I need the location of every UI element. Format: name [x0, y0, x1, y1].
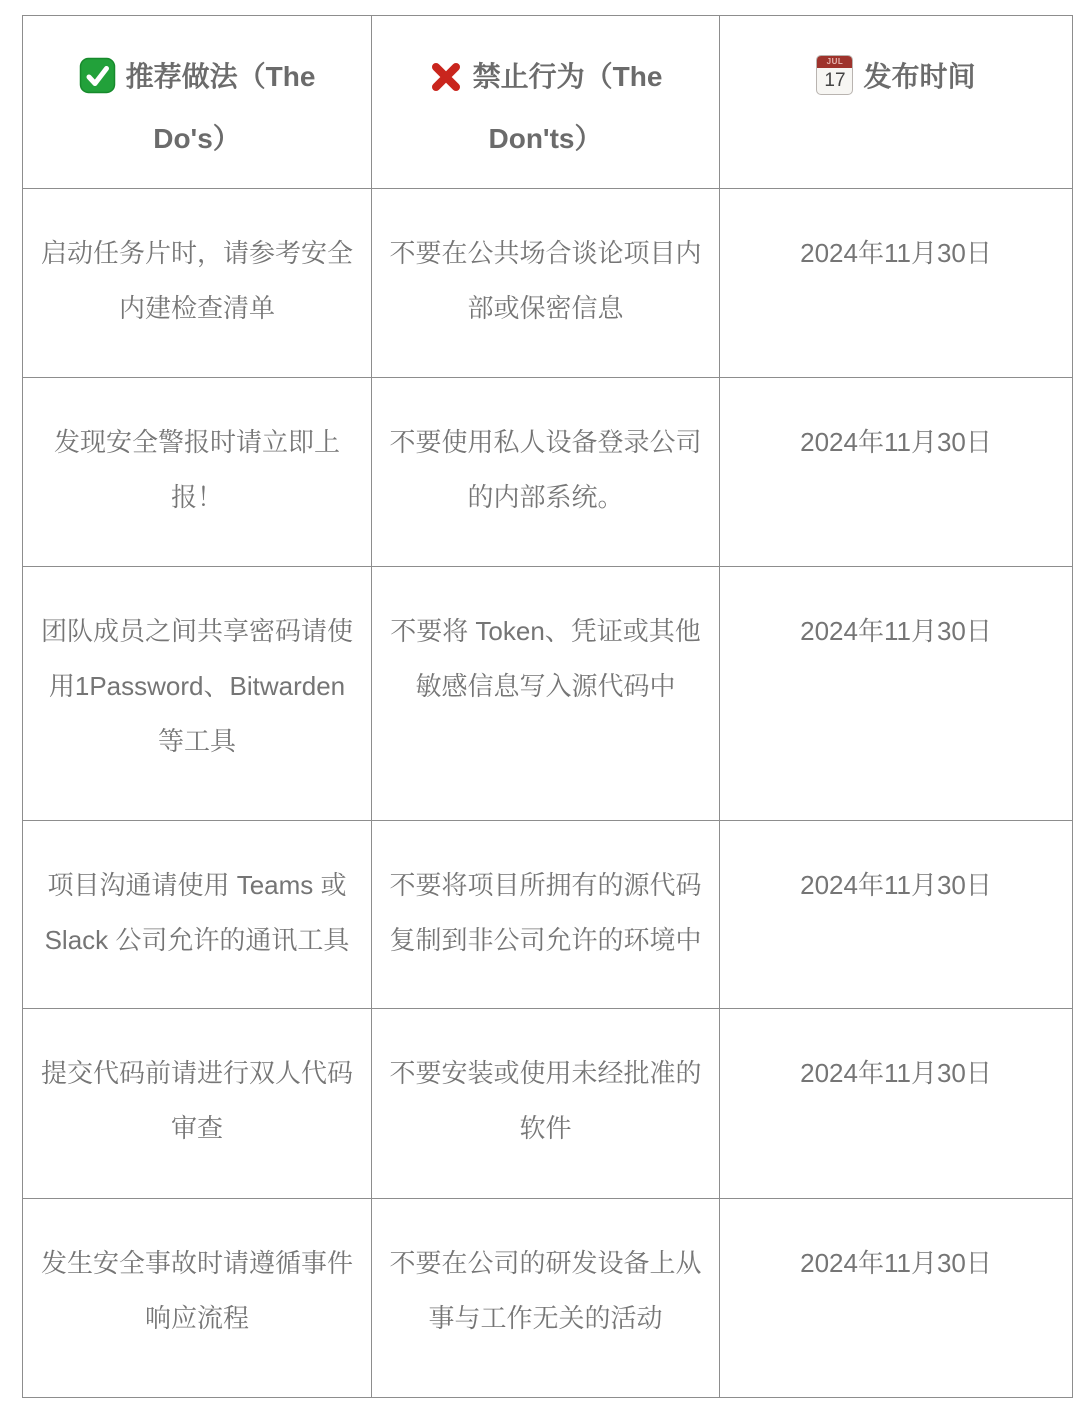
cell-date: 2024年11月30日 [720, 567, 1073, 821]
cell-do: 发现安全警报时请立即上报！ [23, 378, 372, 567]
do-text: 发生安全事故时请遵循事件响应流程 [41, 1248, 353, 1333]
calendar-month-label: JUL [817, 56, 852, 68]
header-cell-date: JUL17发布时间 [720, 16, 1073, 189]
cell-dont: 不要安装或使用未经批准的软件 [372, 1009, 720, 1199]
do-text: 启动任务片时，请参考安全内建检查清单 [41, 238, 353, 323]
dont-text: 不要将项目所拥有的源代码复制到非公司允许的环境中 [389, 870, 701, 955]
date-text: 2024年11月30日 [800, 870, 992, 900]
dont-text: 不要将 Token、凭证或其他敏感信息写入源代码中 [390, 616, 701, 701]
do-text: 项目沟通请使用 Teams 或 Slack 公司允许的通讯工具 [45, 870, 350, 955]
cell-do: 项目沟通请使用 Teams 或 Slack 公司允许的通讯工具 [23, 821, 372, 1009]
do-text: 团队成员之间共享密码请使用1Password、Bitwarden 等工具 [41, 616, 353, 756]
cell-dont: 不要使用私人设备登录公司的内部系统。 [372, 378, 720, 567]
table-row: 团队成员之间共享密码请使用1Password、Bitwarden 等工具 不要将… [23, 567, 1073, 821]
cross-mark-icon [429, 58, 463, 112]
dont-text: 不要在公司的研发设备上从事与工作无关的活动 [389, 1248, 701, 1333]
do-text: 发现安全警报时请立即上报！ [54, 427, 340, 512]
cell-do: 提交代码前请进行双人代码审查 [23, 1009, 372, 1199]
check-mark-button-icon [79, 57, 116, 112]
cell-dont: 不要将 Token、凭证或其他敏感信息写入源代码中 [372, 567, 720, 821]
cell-dont: 不要在公共场合谈论项目内部或保密信息 [372, 189, 720, 378]
cell-date: 2024年11月30日 [720, 821, 1073, 1009]
cell-do: 启动任务片时，请参考安全内建检查清单 [23, 189, 372, 378]
table-row: 发生安全事故时请遵循事件响应流程 不要在公司的研发设备上从事与工作无关的活动 2… [23, 1199, 1073, 1398]
header-date-label: 发布时间 [863, 61, 975, 92]
dont-text: 不要安装或使用未经批准的软件 [389, 1058, 701, 1143]
cell-date: 2024年11月30日 [720, 378, 1073, 567]
date-text: 2024年11月30日 [800, 1058, 992, 1088]
header-row: 推荐做法（The Do's） 禁止行为（The Don'ts） JUL17发布时… [23, 16, 1073, 189]
header-dos-label: 推荐做法（The Do's） [126, 61, 316, 154]
date-text: 2024年11月30日 [800, 616, 992, 646]
cell-date: 2024年11月30日 [720, 189, 1073, 378]
dont-text: 不要使用私人设备登录公司的内部系统。 [389, 427, 701, 512]
table-row: 项目沟通请使用 Teams 或 Slack 公司允许的通讯工具 不要将项目所拥有… [23, 821, 1073, 1009]
table-row: 启动任务片时，请参考安全内建检查清单 不要在公共场合谈论项目内部或保密信息 20… [23, 189, 1073, 378]
cell-date: 2024年11月30日 [720, 1199, 1073, 1398]
cell-do: 发生安全事故时请遵循事件响应流程 [23, 1199, 372, 1398]
calendar-icon: JUL17 [816, 55, 853, 95]
cell-date: 2024年11月30日 [720, 1009, 1073, 1199]
header-donts-label: 禁止行为（The Don'ts） [473, 61, 663, 154]
dos-donts-table: 推荐做法（The Do's） 禁止行为（The Don'ts） JUL17发布时… [22, 15, 1073, 1398]
calendar-day-label: 17 [817, 68, 852, 93]
dont-text: 不要在公共场合谈论项目内部或保密信息 [389, 238, 701, 323]
table-row: 提交代码前请进行双人代码审查 不要安装或使用未经批准的软件 2024年11月30… [23, 1009, 1073, 1199]
do-text: 提交代码前请进行双人代码审查 [41, 1058, 353, 1143]
date-text: 2024年11月30日 [800, 1248, 992, 1278]
header-cell-donts: 禁止行为（The Don'ts） [372, 16, 720, 189]
cell-do: 团队成员之间共享密码请使用1Password、Bitwarden 等工具 [23, 567, 372, 821]
date-text: 2024年11月30日 [800, 427, 992, 457]
date-text: 2024年11月30日 [800, 238, 992, 268]
header-cell-dos: 推荐做法（The Do's） [23, 16, 372, 189]
table-row: 发现安全警报时请立即上报！ 不要使用私人设备登录公司的内部系统。 2024年11… [23, 378, 1073, 567]
cell-dont: 不要在公司的研发设备上从事与工作无关的活动 [372, 1199, 720, 1398]
cell-dont: 不要将项目所拥有的源代码复制到非公司允许的环境中 [372, 821, 720, 1009]
